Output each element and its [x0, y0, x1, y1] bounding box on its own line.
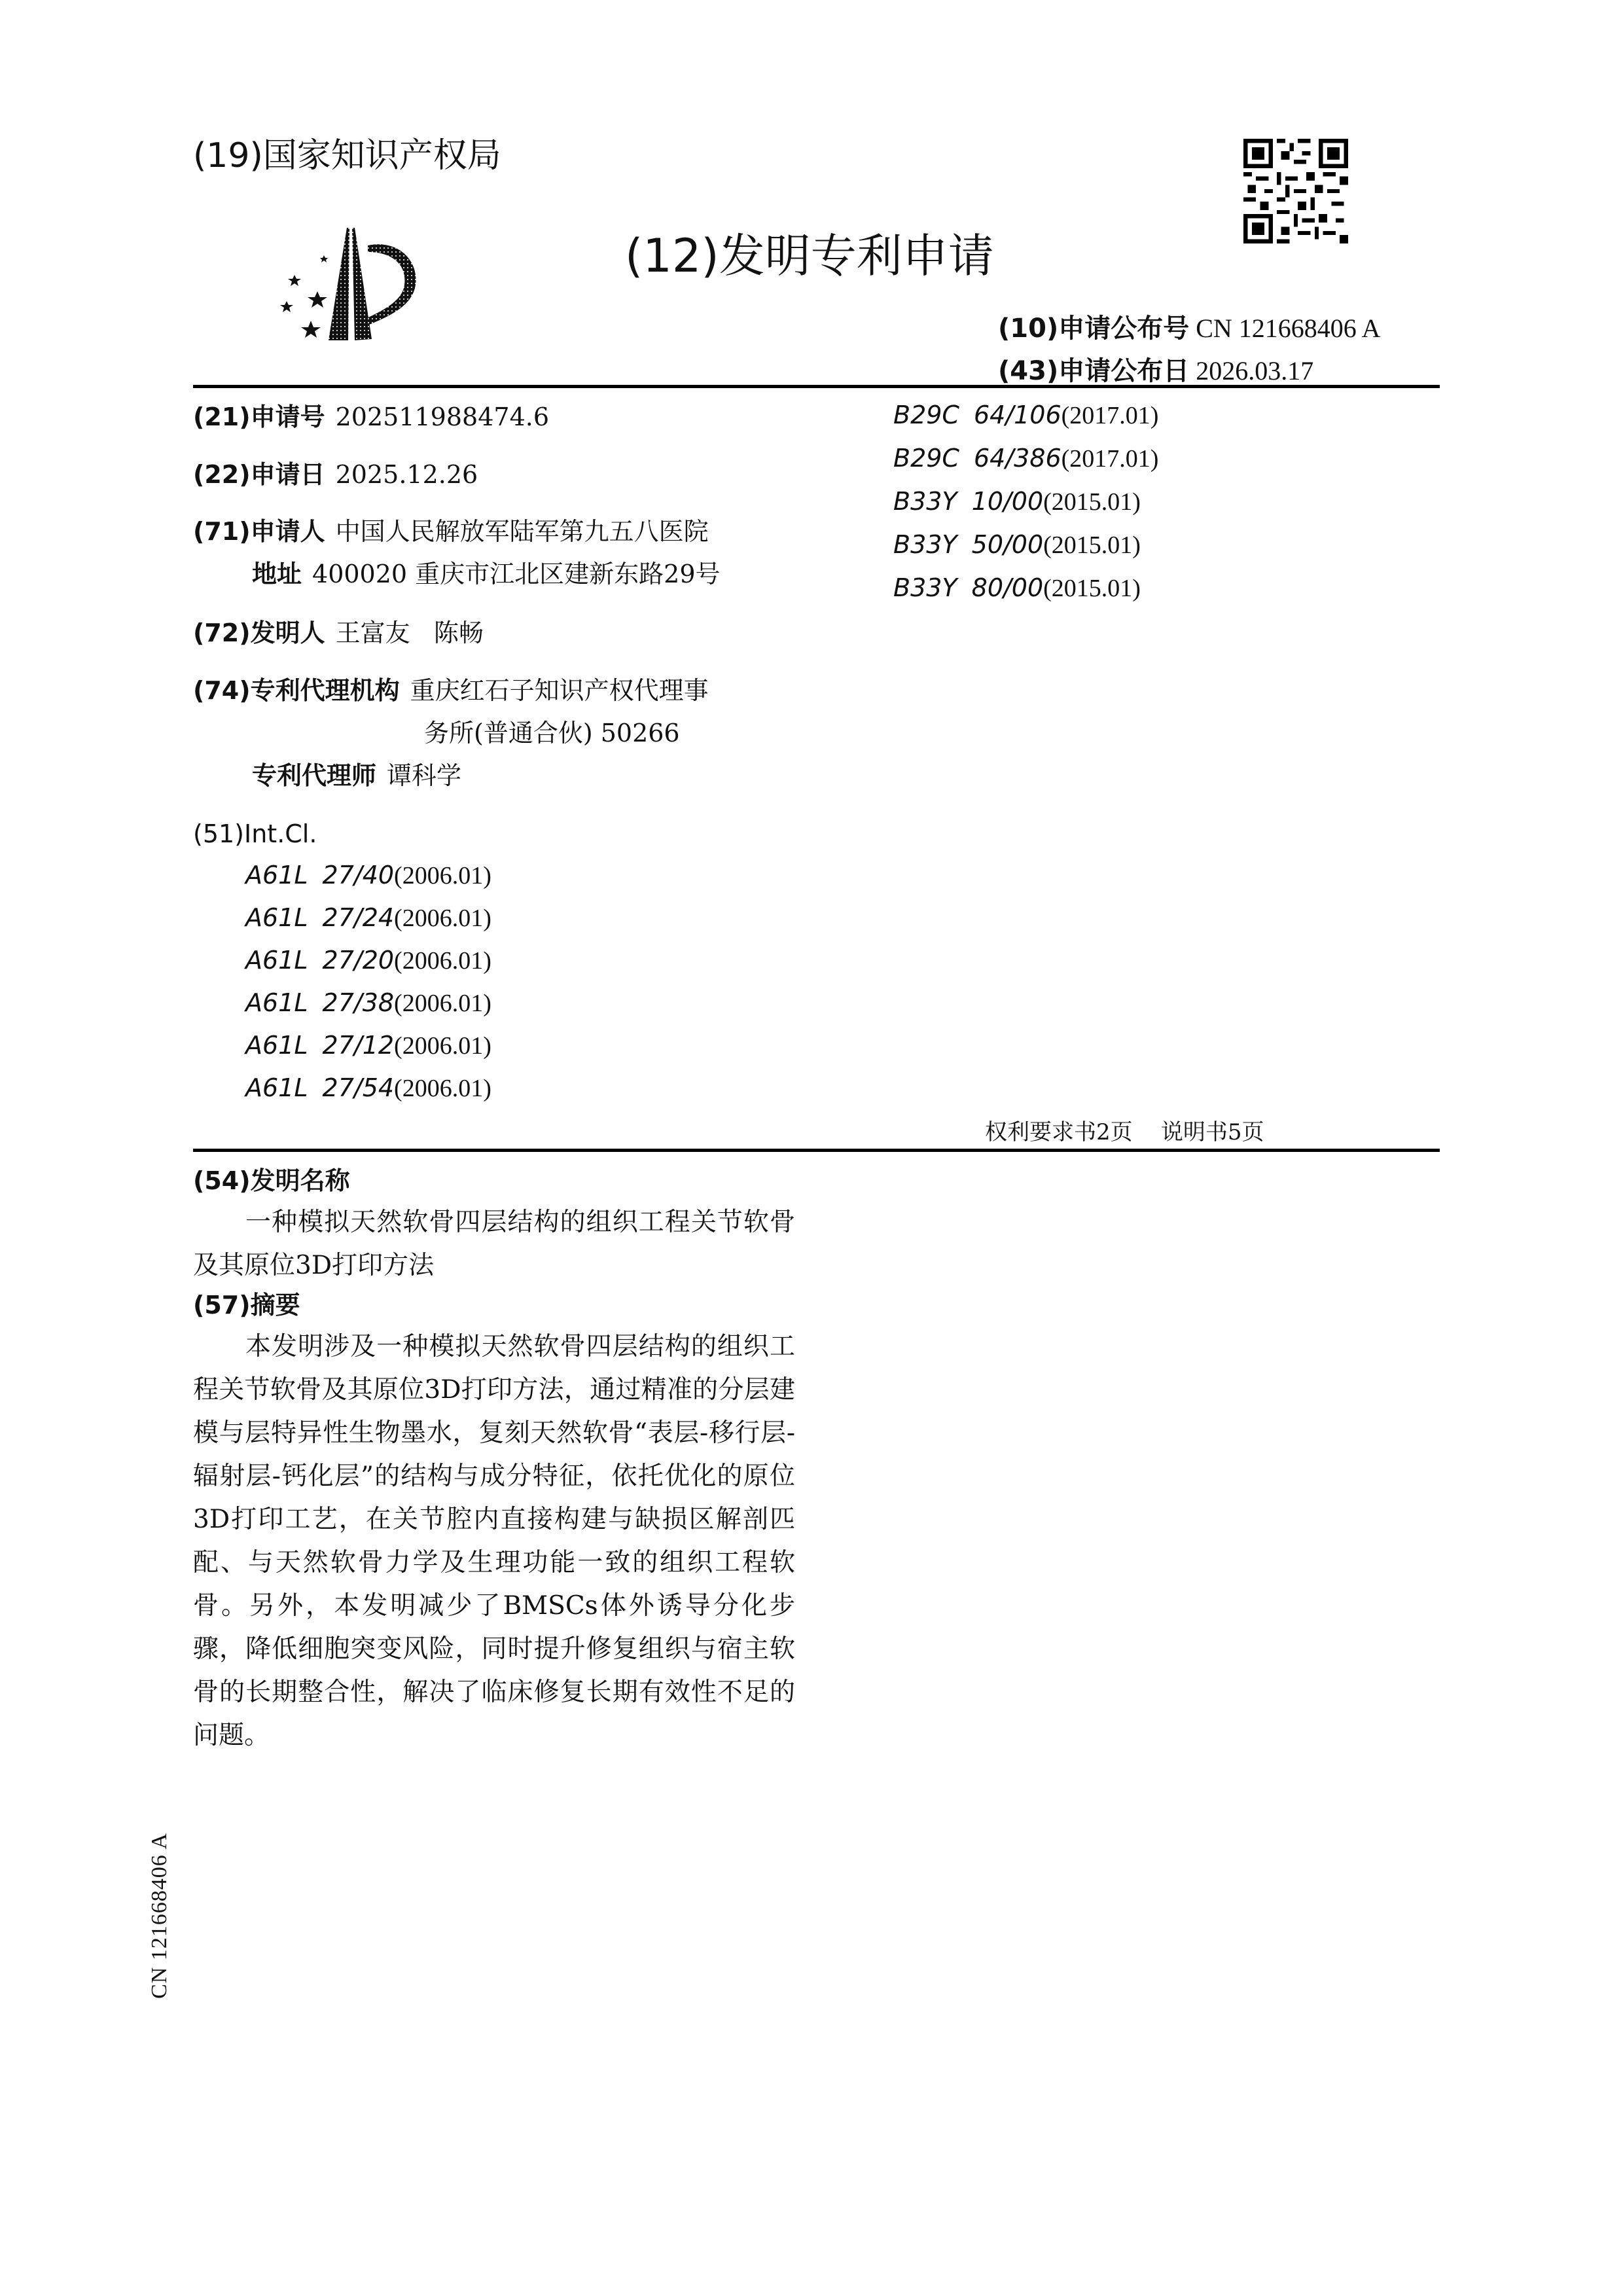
- ipc-class: A61L: [245, 903, 308, 932]
- address-label: 地址: [252, 560, 302, 588]
- application-date-label: (22)申请日: [193, 460, 325, 489]
- ipc-version: (2006.01): [394, 1032, 491, 1060]
- application-number-label: (21)申请号: [193, 403, 325, 431]
- application-date-row: (22)申请日2025.12.26: [193, 460, 478, 490]
- ipc-class: A61L: [245, 1031, 308, 1060]
- publication-date-row: (43)申请公布日2026.03.17: [998, 350, 1313, 387]
- agent-row: 专利代理师谭科学: [252, 761, 461, 791]
- applicant: 中国人民解放军陆军第九五八医院: [336, 517, 709, 546]
- intcl-item: B29C64/386(2017.01): [893, 444, 1158, 487]
- ipc-version: (2006.01): [394, 1075, 491, 1102]
- side-publication-code: CN 121668406 A: [147, 1833, 172, 1999]
- publication-date: 2026.03.17: [1196, 356, 1313, 386]
- cnipa-logo-icon: [268, 223, 425, 344]
- ipc-class: B33Y: [893, 573, 957, 602]
- address-row: 地址400020 重庆市江北区建新东路29号: [252, 560, 721, 590]
- ipc-class: B33Y: [893, 530, 957, 559]
- intcl-label: (51)Int.Cl.: [193, 819, 317, 850]
- inventors: 王富友 陈畅: [336, 619, 484, 647]
- header-divider: [193, 385, 1440, 388]
- ipc-group: 27/12: [323, 1031, 395, 1060]
- intcl-list: A61L27/40(2006.01) A61L27/24(2006.01) A6…: [245, 861, 491, 1116]
- inventor-row: (72)发明人王富友 陈畅: [193, 619, 484, 649]
- ipc-group: 27/40: [323, 861, 395, 889]
- abstract-text: 本发明涉及一种模拟天然软骨四层结构的组织工程关节软骨及其原位3D打印方法，通过精…: [193, 1325, 795, 1757]
- intcl-item: B33Y50/00(2015.01): [893, 530, 1158, 573]
- intcl-item: B33Y80/00(2015.01): [893, 573, 1158, 617]
- ipc-version: (2006.01): [394, 905, 491, 932]
- publication-number: CN 121668406 A: [1196, 314, 1380, 343]
- ipc-version: (2015.01): [1043, 575, 1141, 602]
- applicant-label: (71)申请人: [193, 517, 325, 546]
- ipc-group: 80/00: [972, 573, 1044, 602]
- ipc-class: A61L: [245, 946, 308, 975]
- application-date: 2025.12.26: [336, 460, 478, 489]
- ipc-class: B29C: [893, 444, 959, 473]
- intcl-item: A61L27/54(2006.01): [245, 1073, 491, 1116]
- intcl-item: A61L27/20(2006.01): [245, 946, 491, 988]
- ipc-group: 50/00: [972, 530, 1044, 559]
- ipc-group: 27/54: [323, 1073, 395, 1102]
- document-type: (12)发明专利申请: [625, 219, 994, 285]
- intcl-right-list: B29C64/106(2017.01) B29C64/386(2017.01) …: [893, 401, 1158, 617]
- ipc-version: (2006.01): [394, 947, 491, 975]
- applicant-row: (71)申请人中国人民解放军陆军第九五八医院: [193, 517, 709, 547]
- ipc-group: 27/24: [323, 903, 395, 932]
- agency-label: (74)专利代理机构: [193, 676, 400, 705]
- agency-line1: 重庆红石子知识产权代理事: [410, 676, 709, 705]
- application-number-row: (21)申请号202511988474.6: [193, 403, 549, 433]
- ipc-class: B29C: [893, 401, 959, 429]
- ipc-version: (2006.01): [394, 990, 491, 1017]
- ipc-group: 27/38: [323, 988, 395, 1017]
- ipc-version: (2017.01): [1061, 402, 1159, 429]
- agency-line2-text: 务所(普通合伙) 50266: [424, 719, 680, 747]
- intcl-item: A61L27/40(2006.01): [245, 861, 491, 903]
- office-name: (19)国家知识产权局: [193, 128, 501, 177]
- ipc-class: A61L: [245, 861, 308, 889]
- page-counts: 权利要求书2页 说明书5页: [985, 1114, 1264, 1146]
- address: 400020 重庆市江北区建新东路29号: [312, 560, 721, 588]
- intcl-item: B33Y10/00(2015.01): [893, 487, 1158, 530]
- ipc-version: (2006.01): [394, 862, 491, 889]
- abstract-label: (57)摘要: [193, 1291, 300, 1321]
- publication-number-label: (10)申请公布号: [998, 314, 1189, 344]
- agent: 谭科学: [387, 761, 461, 790]
- ipc-class: B33Y: [893, 487, 957, 516]
- agency-row: (74)专利代理机构重庆红石子知识产权代理事: [193, 676, 709, 706]
- ipc-version: (2015.01): [1043, 531, 1141, 559]
- ipc-class: A61L: [245, 1073, 308, 1102]
- title-label: (54)发明名称: [193, 1166, 350, 1196]
- qr-code-icon: [1243, 139, 1348, 243]
- ipc-group: 64/106: [974, 401, 1061, 429]
- intcl-item: A61L27/12(2006.01): [245, 1031, 491, 1073]
- agency-line2: 务所(普通合伙) 50266: [424, 719, 680, 749]
- ipc-group: 27/20: [323, 946, 395, 975]
- application-number: 202511988474.6: [336, 403, 549, 431]
- biblio-divider: [193, 1149, 1440, 1152]
- publication-date-label: (43)申请公布日: [998, 356, 1189, 386]
- agent-label: 专利代理师: [252, 761, 376, 790]
- intcl-item: B29C64/106(2017.01): [893, 401, 1158, 444]
- intcl-item: A61L27/24(2006.01): [245, 903, 491, 946]
- ipc-version: (2017.01): [1061, 445, 1159, 473]
- ipc-group: 64/386: [974, 444, 1061, 473]
- invention-title: 一种模拟天然软骨四层结构的组织工程关节软骨及其原位3D打印方法: [193, 1201, 795, 1287]
- inventor-label: (72)发明人: [193, 619, 325, 647]
- ipc-class: A61L: [245, 988, 308, 1017]
- ipc-version: (2015.01): [1043, 488, 1141, 516]
- publication-number-row: (10)申请公布号CN 121668406 A: [998, 308, 1380, 345]
- ipc-group: 10/00: [972, 487, 1044, 516]
- intcl-item: A61L27/38(2006.01): [245, 988, 491, 1031]
